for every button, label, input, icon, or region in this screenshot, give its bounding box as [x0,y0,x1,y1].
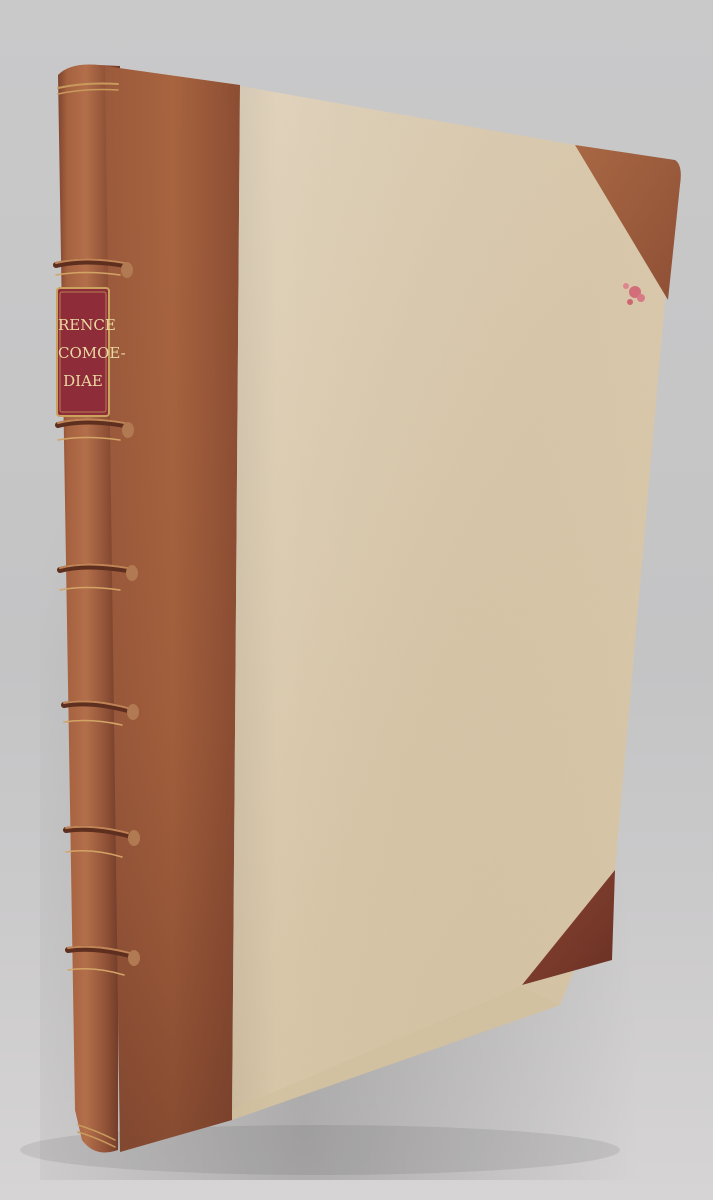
book-photo: RENCE COMOE- DIAE [0,0,713,1200]
spine-label-line-2: COMOE- [58,346,108,361]
book-illustration [0,0,713,1200]
spine-label-line-1: RENCE [58,318,108,333]
spine-label-line-3: DIAE [58,374,108,389]
